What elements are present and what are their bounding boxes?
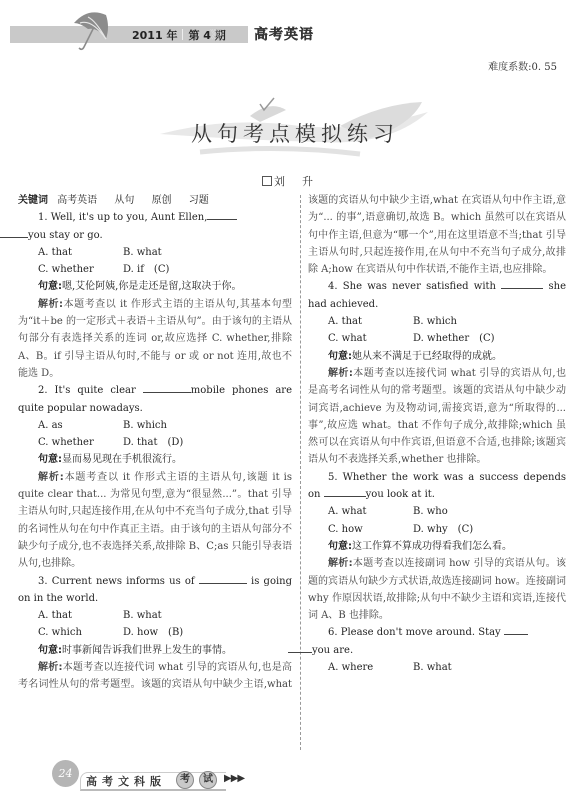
question-3-analysis: 解析:本题考查以连接代词 what 引导的宾语从句,也是高考名词性从句的常考题型… [18,659,292,693]
difficulty-coefficient: 难度系数:0. 55 [488,58,557,73]
separator [182,29,183,40]
question-4-options: A. thatB. which [308,313,566,330]
question-5-stem: 5. Whether the work was a success depend… [308,469,566,504]
option: A. that [38,607,123,624]
question-5-options: A. whatB. who [308,503,566,520]
answer-blank [207,209,237,220]
option: C. whether [38,261,123,278]
meaning-text: 这工作算不算成功得看我们怎么看。 [352,541,512,552]
question-4-analysis: 解析:本题考查以连接代词 what 引导的宾语从句,也是高考名词性从句的常考题型… [308,365,566,469]
stem-text: 3. Current news informs us of [38,576,195,587]
question-2-stem: 2. It's quite clear mobile phones are qu… [18,382,292,417]
question-2-options: C. whetherD. that (D) [18,434,292,451]
meaning-label: 句意: [328,541,352,552]
analysis-label: 解析: [328,558,353,569]
article-title: 从句考点模拟练习 [160,118,430,148]
option: B. which [123,417,167,434]
stem-text: 4. She was never satisfied with [328,281,496,292]
issue-year: 2011 年 [132,29,177,42]
meaning-label: 句意: [38,645,62,656]
question-5-options: C. howD. why (C) [308,521,566,538]
author-name: 刘 升 [274,175,316,188]
analysis-label: 解析: [38,662,62,673]
answer-blank [199,573,247,584]
triangle-arrows-icon: ▶▶▶ [224,773,244,784]
question-6-options: A. whereB. what [308,659,566,676]
analysis-label: 解析: [38,472,64,483]
option: D. whether (C) [413,330,495,347]
author-byline: 刘 升 [262,173,316,189]
analysis-text: 本题考查以 it 作形式主语的主语从句,其基本句型为“it＋be 的一定形式＋表… [18,299,292,379]
option: A. that [38,244,123,261]
analysis-label: 解析: [328,368,353,379]
option: D. that (D) [123,434,183,451]
option: A. that [328,313,413,330]
question-3-stem: 3. Current news informs us of is going o… [18,573,292,608]
answer-blank [288,642,312,653]
meaning-label: 句意: [38,454,62,465]
keywords-label: 关键词 [18,195,48,206]
meaning-label: 句意: [38,281,62,292]
question-4-options: C. whatD. whether (C) [308,330,566,347]
question-5-analysis: 解析:本题考查以连接副词 how 引导的宾语从句。该题的宾语从句缺少方式状语,故… [308,555,566,624]
question-1-options: A. thatB. what [18,244,292,261]
question-3-options: A. thatB. what [18,607,292,624]
meaning-text: 她从来不满足于已经取得的成就。 [352,351,502,362]
answer-blank [504,624,528,635]
stem-text: 1. Well, it's up to you, Aunt Ellen, [38,212,207,223]
keyword: 习题 [189,195,209,206]
question-2-options: A. asB. which [18,417,292,434]
analysis-label: 解析: [38,299,63,310]
option: D. why (C) [413,521,473,538]
option: B. what [413,659,452,676]
option: D. if (C) [123,261,169,278]
umbrella-icon [66,9,114,51]
answer-blank [501,278,543,289]
question-5-meaning: 句意:这工作算不算成功得看我们怎么看。 [308,538,566,555]
option: B. what [123,244,162,261]
magazine-title: 高考英语 [254,24,314,44]
stem-text: you look at it. [366,489,435,500]
stem-text: you are. [312,645,353,656]
question-1-stem: 1. Well, it's up to you, Aunt Ellen,you … [18,209,292,244]
question-1-meaning: 句意:嗯,艾伦阿姨,你是走还是留,这取决于你。 [18,278,292,295]
analysis-text: 本题考查以连接代词 what 引导的宾语从句,也是高考名词性从句的常考题型。该题… [308,368,566,465]
question-4-stem: 4. She was never satisfied with she had … [308,278,566,313]
option: D. how (B) [123,624,183,641]
keywords-line: 关键词 高考英语 从句 原创 习题 [18,192,292,209]
option: A. where [328,659,413,676]
question-3-meaning: 句意:时事新闻告诉我们世界上发生的事情。 [18,642,292,659]
question-3-options: C. whichD. how (B) [18,624,292,641]
option: C. which [38,624,123,641]
option: B. who [413,503,448,520]
meaning-text: 嗯,艾伦阿姨,你是走还是留,这取决于你。 [62,281,242,292]
meaning-text: 显而易见现在手机很流行。 [62,454,182,465]
left-column: 关键词 高考英语 从句 原创 习题 1. Well, it's up to yo… [18,192,292,693]
page-number: 24 [52,760,79,787]
option: C. what [328,330,413,347]
right-column: 该题的宾语从句中缺少主语,what 在宾语从句中作主语,意为“... 的事”,语… [308,192,566,676]
question-2-meaning: 句意:显而易见现在手机很流行。 [18,451,292,468]
analysis-text: 本题考查以 it 作形式主语的主语从句,该题 it is quite clear… [18,472,292,569]
keyword: 从句 [114,195,134,206]
keyword: 高考英语 [57,195,97,206]
question-3-analysis-continued: 该题的宾语从句中缺少主语,what 在宾语从句中作主语,意为“... 的事”,语… [308,192,566,278]
square-icon [262,176,272,186]
question-1-options: C. whetherD. if (C) [18,261,292,278]
stem-text: 6. Please don't move around. Stay [328,627,501,638]
question-2-analysis: 解析:本题考查以 it 作形式主语的主语从句,该题 it is quite cl… [18,469,292,573]
question-4-meaning: 句意:她从来不满足于已经取得的成就。 [308,348,566,365]
answer-blank [0,227,28,238]
answer-blank [324,486,366,497]
question-6-stem: 6. Please don't move around. Stay you ar… [308,624,566,659]
option: B. what [123,607,162,624]
meaning-text: 时事新闻告诉我们世界上发生的事情。 [62,645,232,656]
stem-text: you stay or go. [28,230,103,241]
meaning-label: 句意: [328,351,352,362]
option: B. which [413,313,457,330]
column-divider [300,195,301,750]
answer-blank [143,382,191,393]
option: A. what [328,503,413,520]
option: C. whether [38,434,123,451]
chevrons-icon: 》》》 [210,26,226,42]
edition-label: 高考文科版 [86,773,166,789]
option: A. as [38,417,123,434]
keyword: 原创 [152,195,172,206]
question-1-analysis: 解析:本题考查以 it 作形式主语的主语从句,其基本句型为“it＋be 的一定形… [18,296,292,382]
option: C. how [328,521,413,538]
badge-shi: 试 [199,771,217,789]
badge-kao: 考 [176,771,194,789]
stem-text: 2. It's quite clear [38,385,136,396]
